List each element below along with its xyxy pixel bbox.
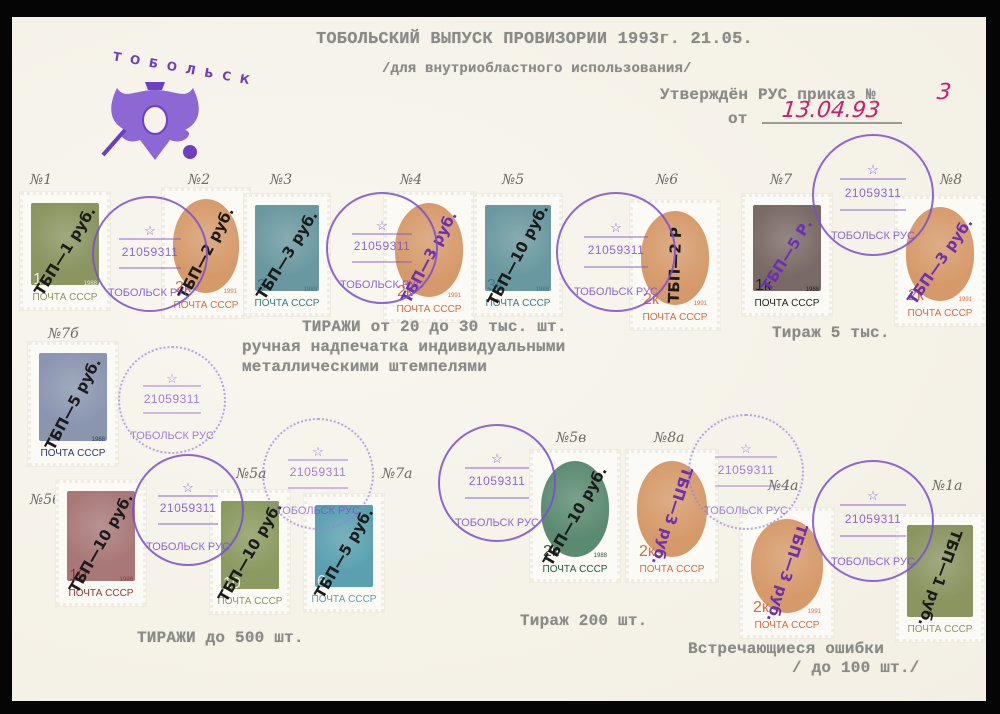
postmark-office: ТОБОЛЬСК РУС	[558, 286, 674, 298]
page-subtitle: /для внутриобластного использования/	[382, 61, 692, 77]
stamp-year: 1991	[224, 289, 237, 295]
star-icon: ☆	[264, 444, 372, 460]
postmark-divider	[584, 236, 649, 238]
postmark-divider	[352, 261, 413, 263]
postmark-date: 21059311	[94, 245, 206, 259]
postmark-divider	[584, 266, 649, 268]
stamp-year: 1991	[959, 297, 972, 303]
stamp-caption: ПОЧТА СССР	[31, 448, 115, 459]
stamp-number-label: №8	[940, 172, 962, 188]
postmark-date: 21059311	[120, 392, 224, 406]
date-underline	[762, 122, 902, 124]
stamp-caption: ПОЧТА СССР	[745, 298, 829, 309]
star-icon: ☆	[440, 451, 554, 467]
postmark-date: 21059311	[264, 465, 372, 479]
stamp-number-label: №4	[400, 172, 422, 188]
stamp: 31988ПОЧТА СССРТБП—3 руб.	[244, 194, 330, 316]
stamp: 1988ПОЧТА СССРТБП—5 руб.	[28, 342, 118, 466]
postmark-divider	[715, 485, 778, 487]
postmark-office: ТОБОЛЬСК РУС	[264, 505, 372, 517]
postmark-date: 21059311	[328, 239, 436, 253]
star-icon: ☆	[134, 480, 242, 496]
stamp-caption: ПОЧТА СССР	[743, 620, 831, 631]
stamp-number-label: №7	[770, 172, 792, 188]
stamp-number-label: №1а	[932, 478, 963, 494]
star-icon: ☆	[94, 223, 206, 239]
postmark-office: ТОБОЛЬСК РУС	[690, 505, 802, 517]
postmark-office: ТОБОЛЬСК РУС	[134, 541, 242, 553]
star-icon: ☆	[814, 488, 932, 504]
stamp-caption: ПОЧТА СССР	[899, 624, 981, 635]
stamp: 3к1988ПОЧТА СССРТБП—10 руб.	[474, 194, 562, 316]
stamp-year: 1988	[536, 287, 549, 293]
stamp-caption: ПОЧТА СССР	[898, 308, 982, 319]
approval-number: 3	[936, 80, 953, 105]
postmark-divider	[352, 233, 413, 235]
postmark-office: ТОБОЛЬСК РУС	[94, 287, 206, 299]
postmark: ☆21059311ТОБОЛЬСК РУС	[118, 346, 226, 454]
postmark-date: 21059311	[134, 501, 242, 515]
postmark: ☆21059311ТОБОЛЬСК РУС	[132, 454, 244, 566]
stamp-caption: ПОЧТА СССР	[387, 304, 471, 315]
stamp-number-label: №3	[270, 172, 292, 188]
postmark: ☆21059311ТОБОЛЬСК РУС	[556, 192, 676, 312]
postmark-date: 21059311	[814, 186, 932, 200]
run-5k-note: Тираж 5 тыс.	[772, 324, 890, 342]
postmark-date: 21059311	[814, 512, 932, 526]
stamp-year: 1991	[694, 301, 707, 307]
stamp-year: 1991	[448, 293, 461, 299]
method-note-line2: металлическими штемпелями	[242, 358, 487, 376]
runs-note: ТИРАЖИ от 20 до 30 тыс. шт.	[302, 318, 567, 336]
postmark-divider	[715, 456, 778, 458]
postmark: ☆21059311ТОБОЛЬСК РУС	[326, 192, 438, 304]
postmark-divider	[840, 178, 906, 180]
approval-date-prefix: от	[728, 110, 748, 128]
stamp-caption: ПОЧТА СССР	[633, 312, 717, 323]
postmark-date: 21059311	[440, 474, 554, 488]
stamp-number-label: №7б	[48, 326, 79, 342]
postmark-divider	[143, 412, 201, 414]
postmark-divider	[119, 267, 182, 269]
stamp-number-label: №2	[188, 172, 210, 188]
errors-note-line1: Встречающиеся ошибки	[688, 640, 884, 658]
postmark-divider	[119, 238, 182, 240]
postmark-office: ТОБОЛЬСК РУС	[328, 279, 436, 291]
stamp-number-label: №5в	[556, 430, 586, 446]
stamp-number-label: №8а	[654, 430, 685, 446]
postmark: ☆21059311ТОБОЛЬСК РУС	[262, 418, 374, 530]
stamp-year: 1988	[92, 437, 105, 443]
stamp-number-label: №5	[502, 172, 524, 188]
postmark: ☆21059311ТОБОЛЬСК РУС	[812, 134, 934, 256]
postmark-office: ТОБОЛЬСК РУС	[440, 517, 554, 529]
postmark-divider	[158, 523, 219, 525]
approval-date: 13.04.93	[781, 98, 882, 123]
stamp-caption: ПОЧТА СССР	[533, 564, 617, 575]
star-icon: ☆	[558, 220, 674, 236]
postmark-divider	[158, 495, 219, 497]
postmark-divider	[288, 459, 349, 461]
star-icon: ☆	[814, 162, 932, 178]
stamp-number-label: №1	[30, 172, 52, 188]
postmark-divider	[840, 535, 906, 537]
postmark-divider	[840, 504, 906, 506]
postmark-divider	[465, 497, 529, 499]
postmark: ☆21059311ТОБОЛЬСК РУС	[438, 424, 556, 542]
postmark-office: ТОБОЛЬСК РУС	[814, 230, 932, 242]
postmark: ☆21059311ТОБОЛЬСК РУС	[92, 196, 208, 312]
stamp-caption: ПОЧТА СССР	[247, 298, 327, 309]
stamp-number-label: №6	[656, 172, 678, 188]
star-icon: ☆	[328, 218, 436, 234]
stamp-caption: ПОЧТА СССР	[629, 564, 715, 575]
stamp-year: 1988	[594, 553, 607, 559]
postmark-divider	[465, 467, 529, 469]
bottom-left-note: ТИРАЖИ до 500 шт.	[137, 629, 304, 647]
postmark-office: ТОБОЛЬСК РУС	[120, 430, 224, 442]
postmark: ☆21059311ТОБОЛЬСК РУС	[688, 414, 804, 530]
stamp-year: 1988	[304, 287, 317, 293]
stamp-number-label: №7а	[382, 466, 413, 482]
bottom-center-note: Тираж 200 шт.	[520, 612, 647, 630]
stamp-year: 1991	[808, 609, 821, 615]
postmark: ☆21059311ТОБОЛЬСК РУС	[812, 460, 934, 582]
errors-note-line2: / до 100 шт./	[792, 659, 919, 677]
star-icon: ☆	[690, 441, 802, 457]
stamp-year: 1988	[806, 287, 819, 293]
postmark-divider	[840, 209, 906, 211]
postmark-divider	[143, 385, 201, 387]
postmark-date: 21059311	[690, 463, 802, 477]
postmark-divider	[288, 487, 349, 489]
postmark-date: 21059311	[558, 243, 674, 257]
method-note-line1: ручная надпечатка индивидуальными	[242, 338, 565, 356]
page-title: ТОБОЛЬСКИЙ ВЫПУСК ПРОВИЗОРИИ 1993г. 21.0…	[316, 30, 753, 49]
postmark-office: ТОБОЛЬСК РУС	[814, 556, 932, 568]
stamp-year: 1988	[120, 577, 133, 583]
